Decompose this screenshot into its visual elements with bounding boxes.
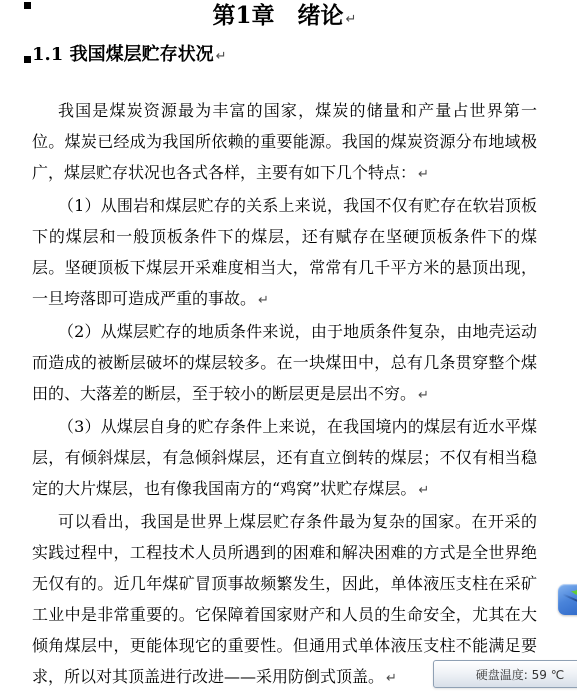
chapter-title[interactable]: 第1章 绪论↵ [32,1,537,35]
paragraph-mark-icon: ↵ [384,671,397,686]
body-paragraph[interactable]: 我国是煤炭资源最为丰富的国家，煤炭的储量和产量占世界第一位。煤炭已经成为我国所依… [32,95,537,190]
paragraph-text: （3）从煤层自身的贮存条件上来说，在我国境内的煤层有近水平煤层，有倾斜煤层，有急… [32,417,537,498]
document-page: 第1章 绪论↵ 1.1 我国煤层贮存状况↵ 我国是煤炭资源最为丰富的国家，煤炭的… [0,0,577,694]
chapter-title-text: 第1章 绪论 [213,2,344,29]
paragraph-text: 我国是煤炭资源最为丰富的国家，煤炭的储量和产量占世界第一位。煤炭已经成为我国所依… [32,101,537,182]
icon-needle-decoration [562,593,577,602]
paragraph-mark-icon: ↵ [416,483,429,498]
paragraph-mark-icon: ↵ [214,49,227,64]
paragraph-text: （2）从煤层贮存的地质条件来说，由于地质条件复杂，由地壳运动而造成的被断层破坏的… [32,322,537,403]
paragraph-mark-icon: ↵ [416,167,429,182]
hdd-temperature-tooltip: 硬盘温度: 59 ℃ [433,660,577,688]
hdd-temperature-text: 硬盘温度: 59 ℃ [476,666,564,683]
paragraph-mark-icon: ↵ [256,293,269,308]
section-heading-text: 1.1 我国煤层贮存状况 [32,44,214,65]
section-heading[interactable]: 1.1 我国煤层贮存状况↵ [32,43,537,69]
icon-green-check-decoration [571,587,577,595]
paragraph-mark-icon: ↵ [344,12,357,27]
desktop-assistant-icon[interactable] [558,584,577,615]
document-body: 我国是煤炭资源最为丰富的国家，煤炭的储量和产量占世界第一位。煤炭已经成为我国所依… [32,95,537,694]
heading-format-marker-icon [24,2,31,9]
body-paragraph[interactable]: （3）从煤层自身的贮存条件上来说，在我国境内的煤层有近水平煤层，有倾斜煤层，有急… [32,411,537,506]
heading-format-marker-icon [24,56,31,63]
body-paragraph[interactable]: （2）从煤层贮存的地质条件来说，由于地质条件复杂，由地壳运动而造成的被断层破坏的… [32,316,537,411]
paragraph-mark-icon: ↵ [416,388,429,403]
body-paragraph[interactable]: （1）从围岩和煤层贮存的关系上来说，我国不仅有贮存在软岩顶板下的煤层和一般顶板条… [32,190,537,316]
paragraph-text: （1）从围岩和煤层贮存的关系上来说，我国不仅有贮存在软岩顶板下的煤层和一般顶板条… [32,196,537,308]
